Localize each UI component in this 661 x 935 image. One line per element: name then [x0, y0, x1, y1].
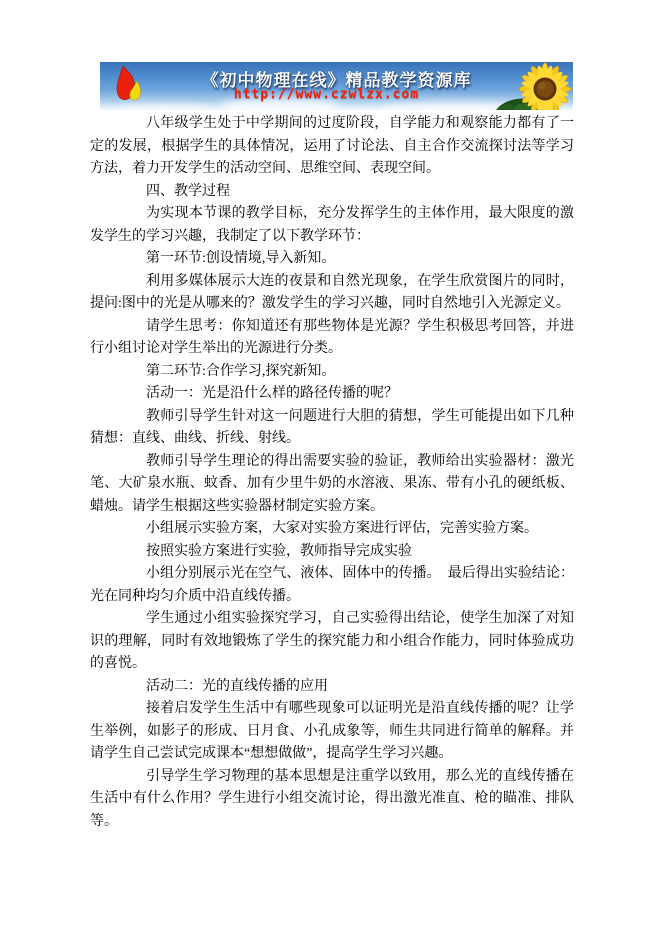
sunflower-icon	[485, 62, 573, 110]
paragraph: 小组展示实验方案，大家对实验方案进行评估，完善实验方案。	[90, 518, 574, 541]
paragraph: 活动二：光的直线传播的应用	[90, 676, 574, 699]
paragraph: 接着启发学生生活中有哪些现象可以证明光是沿直线传播的呢？让学生举例，如影子的形成…	[90, 698, 574, 766]
paragraph: 利用多媒体展示大连的夜景和自然光现象，在学生欣赏图片的同时，提问:图中的光是从哪…	[90, 271, 574, 316]
paragraph: 八年级学生处于中学期间的过度阶段，自学能力和观察能力都有了一定的发展，根据学生的…	[90, 113, 574, 181]
paragraph: 学生通过小组实验探究学习，自己实验得出结论，使学生加深了对知识的理解，同时有效地…	[90, 608, 574, 676]
paragraph: 引导学生学习物理的基本思想是注重学以致用，那么光的直线传播在生活中有什么作用？学…	[90, 766, 574, 834]
paragraph: 第一环节:创设情境,导入新知。	[90, 248, 574, 271]
paragraph: 小组分别展示光在空气、液体、固体中的传播。 最后得出实验结论：光在同种均匀介质中…	[90, 563, 574, 608]
paragraph: 活动一：光是沿什么样的路径传播的呢？	[90, 383, 574, 406]
paragraph: 教师引导学生理论的得出需要实验的验证，教师给出实验器材：激光笔、大矿泉水瓶、蚊香…	[90, 451, 574, 519]
banner-url-link[interactable]: http://www.czwlzx.com	[140, 87, 513, 102]
paragraph: 请学生思考：你知道还有那些物体是光源？学生积极思考回答，并进行小组讨论对学生举出…	[90, 316, 574, 361]
document-body: 八年级学生处于中学期间的过度阶段，自学能力和观察能力都有了一定的发展，根据学生的…	[90, 113, 574, 833]
document-page: 《初中物理在线》精品教学资源库 http://www.czwlzx.com	[0, 0, 661, 935]
paragraph: 第二环节:合作学习,探究新知。	[90, 361, 574, 384]
site-banner: 《初中物理在线》精品教学资源库 http://www.czwlzx.com	[100, 62, 573, 110]
paragraph: 按照实验方案进行实验，教师指导完成实验	[90, 541, 574, 564]
paragraph: 四、教学过程	[90, 181, 574, 204]
paragraph: 为实现本节课的教学目标，充分发挥学生的主体作用，最大限度的激发学生的学习兴趣，我…	[90, 203, 574, 248]
paragraph: 教师引导学生针对这一问题进行大胆的猜想，学生可能提出如下几种猜想：直线、曲线、折…	[90, 406, 574, 451]
